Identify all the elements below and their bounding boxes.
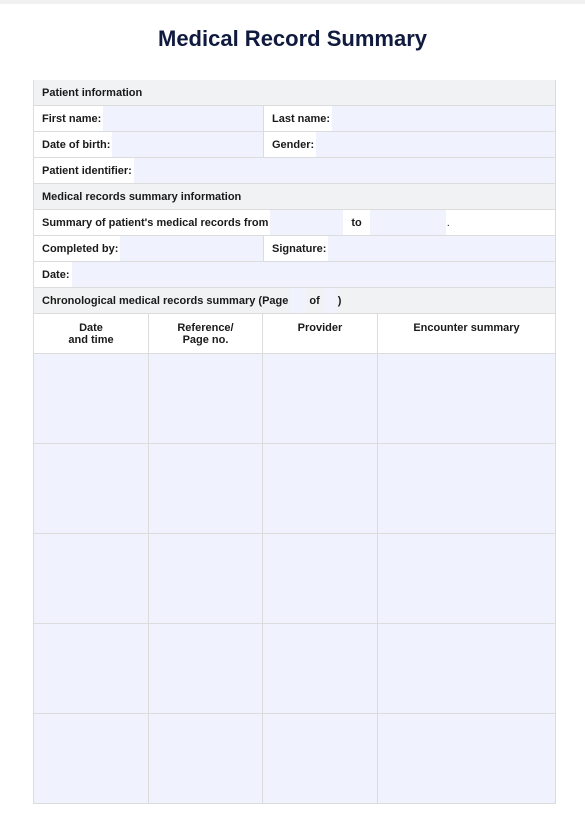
encounter-summary-cell[interactable]	[378, 444, 555, 533]
chronological-heading: Chronological medical records summary (P…	[34, 288, 290, 313]
provider-cell[interactable]	[263, 624, 378, 713]
identifier-field[interactable]	[134, 158, 555, 183]
completed-by-row: Completed by: Signature:	[34, 236, 555, 262]
first-name-field[interactable]	[103, 106, 263, 131]
table-row	[34, 354, 555, 444]
provider-cell[interactable]	[263, 534, 378, 623]
encounter-summary-cell[interactable]	[378, 534, 555, 623]
table-row	[34, 714, 555, 804]
last-name-label: Last name:	[264, 106, 332, 131]
encounter-summary-cell[interactable]	[378, 354, 555, 443]
encounter-summary-cell[interactable]	[378, 714, 555, 803]
identifier-label: Patient identifier:	[34, 158, 134, 183]
total-pages-field[interactable]	[323, 288, 337, 313]
first-name-cell: First name:	[34, 106, 263, 131]
gender-field[interactable]	[316, 132, 555, 157]
close-paren: )	[337, 288, 342, 313]
table-row	[34, 444, 555, 534]
patient-info-heading-row: Patient information	[34, 80, 555, 106]
page-title: Medical Record Summary	[0, 26, 585, 52]
last-name-field[interactable]	[332, 106, 555, 131]
records-to-label: to	[343, 210, 369, 235]
identifier-row: Patient identifier:	[34, 158, 555, 184]
of-label: of	[306, 288, 322, 313]
signature-cell: Signature:	[263, 236, 555, 261]
records-table-header: Date and time Reference/ Page no. Provid…	[34, 314, 555, 354]
summary-info-heading-row: Medical records summary information	[34, 184, 555, 210]
date-time-cell[interactable]	[34, 714, 149, 803]
top-edge	[0, 0, 585, 4]
date-row: Date:	[34, 262, 555, 288]
records-table-body	[34, 354, 555, 804]
table-row	[34, 534, 555, 624]
date-time-cell[interactable]	[34, 534, 149, 623]
patient-info-heading: Patient information	[34, 80, 144, 105]
reference-cell[interactable]	[149, 624, 263, 713]
last-name-cell: Last name:	[263, 106, 555, 131]
column-header-provider: Provider	[263, 314, 378, 353]
dob-cell: Date of birth:	[34, 132, 263, 157]
signature-field[interactable]	[328, 236, 555, 261]
date-time-cell[interactable]	[34, 354, 149, 443]
gender-label: Gender:	[264, 132, 316, 157]
reference-cell[interactable]	[149, 444, 263, 533]
reference-cell[interactable]	[149, 714, 263, 803]
first-name-label: First name:	[34, 106, 103, 131]
dob-gender-row: Date of birth: Gender:	[34, 132, 555, 158]
provider-cell[interactable]	[263, 714, 378, 803]
reference-cell[interactable]	[149, 534, 263, 623]
records-to-field[interactable]	[370, 210, 446, 235]
chronological-heading-row: Chronological medical records summary (P…	[34, 288, 555, 314]
records-period: .	[446, 210, 450, 235]
dob-field[interactable]	[112, 132, 263, 157]
page-number-field[interactable]	[290, 288, 306, 313]
date-field[interactable]	[72, 262, 555, 287]
column-header-date: Date and time	[34, 314, 149, 353]
records-from-field[interactable]	[270, 210, 343, 235]
completed-by-cell: Completed by:	[34, 236, 263, 261]
column-header-encounter-summary: Encounter summary	[378, 314, 555, 353]
provider-cell[interactable]	[263, 444, 378, 533]
date-time-cell[interactable]	[34, 444, 149, 533]
medical-record-form: Patient information First name: Last nam…	[33, 80, 556, 804]
signature-label: Signature:	[264, 236, 328, 261]
provider-cell[interactable]	[263, 354, 378, 443]
date-label: Date:	[34, 262, 72, 287]
summary-info-heading: Medical records summary information	[34, 184, 243, 209]
records-range-row: Summary of patient's medical records fro…	[34, 210, 555, 236]
encounter-summary-cell[interactable]	[378, 624, 555, 713]
name-row: First name: Last name:	[34, 106, 555, 132]
completed-by-label: Completed by:	[34, 236, 120, 261]
column-header-reference: Reference/ Page no.	[149, 314, 263, 353]
gender-cell: Gender:	[263, 132, 555, 157]
records-from-label: Summary of patient's medical records fro…	[34, 210, 270, 235]
table-row	[34, 624, 555, 714]
reference-cell[interactable]	[149, 354, 263, 443]
completed-by-field[interactable]	[120, 236, 263, 261]
date-time-cell[interactable]	[34, 624, 149, 713]
dob-label: Date of birth:	[34, 132, 112, 157]
